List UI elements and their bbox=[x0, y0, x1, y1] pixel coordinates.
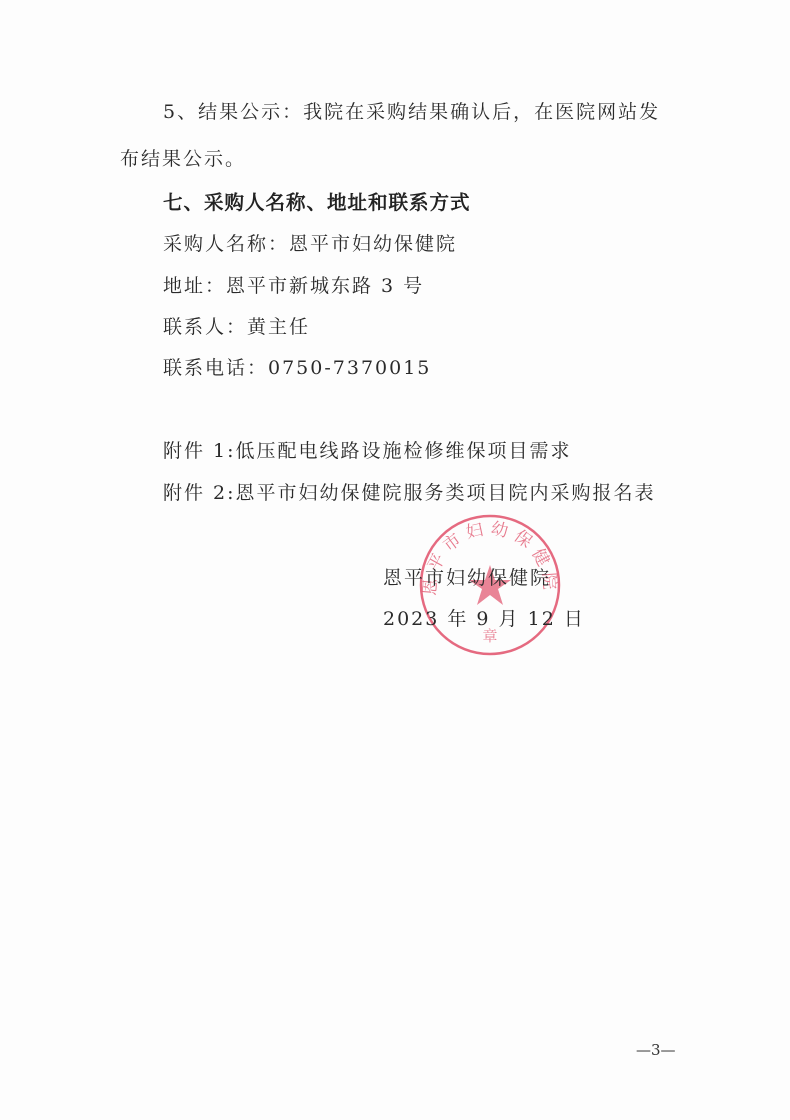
contact-phone: 联系电话：0750-7370015 bbox=[163, 359, 431, 378]
attachment-2: 附件 2:恩平市妇幼保健院服务类项目院内采购报名表 bbox=[163, 484, 656, 503]
item5-line1: 5、结果公示：我院在采购结果确认后，在医院网站发 bbox=[163, 103, 660, 122]
page-number: —3— bbox=[636, 1041, 676, 1059]
purchaser-name: 采购人名称：恩平市妇幼保健院 bbox=[163, 235, 457, 254]
signature-date: 2023 年 9 月 12 日 bbox=[383, 610, 585, 629]
attachment-1: 附件 1:低压配电线路设施检修维保项目需求 bbox=[163, 442, 572, 461]
signature-organization: 恩平市妇幼保健院 bbox=[383, 569, 551, 588]
item5-line2: 布结果公示。 bbox=[120, 150, 246, 169]
contact-person: 联系人：黄主任 bbox=[163, 318, 310, 337]
address: 地址：恩平市新城东路 3 号 bbox=[163, 277, 424, 296]
section7-heading: 七、采购人名称、地址和联系方式 bbox=[163, 193, 471, 213]
